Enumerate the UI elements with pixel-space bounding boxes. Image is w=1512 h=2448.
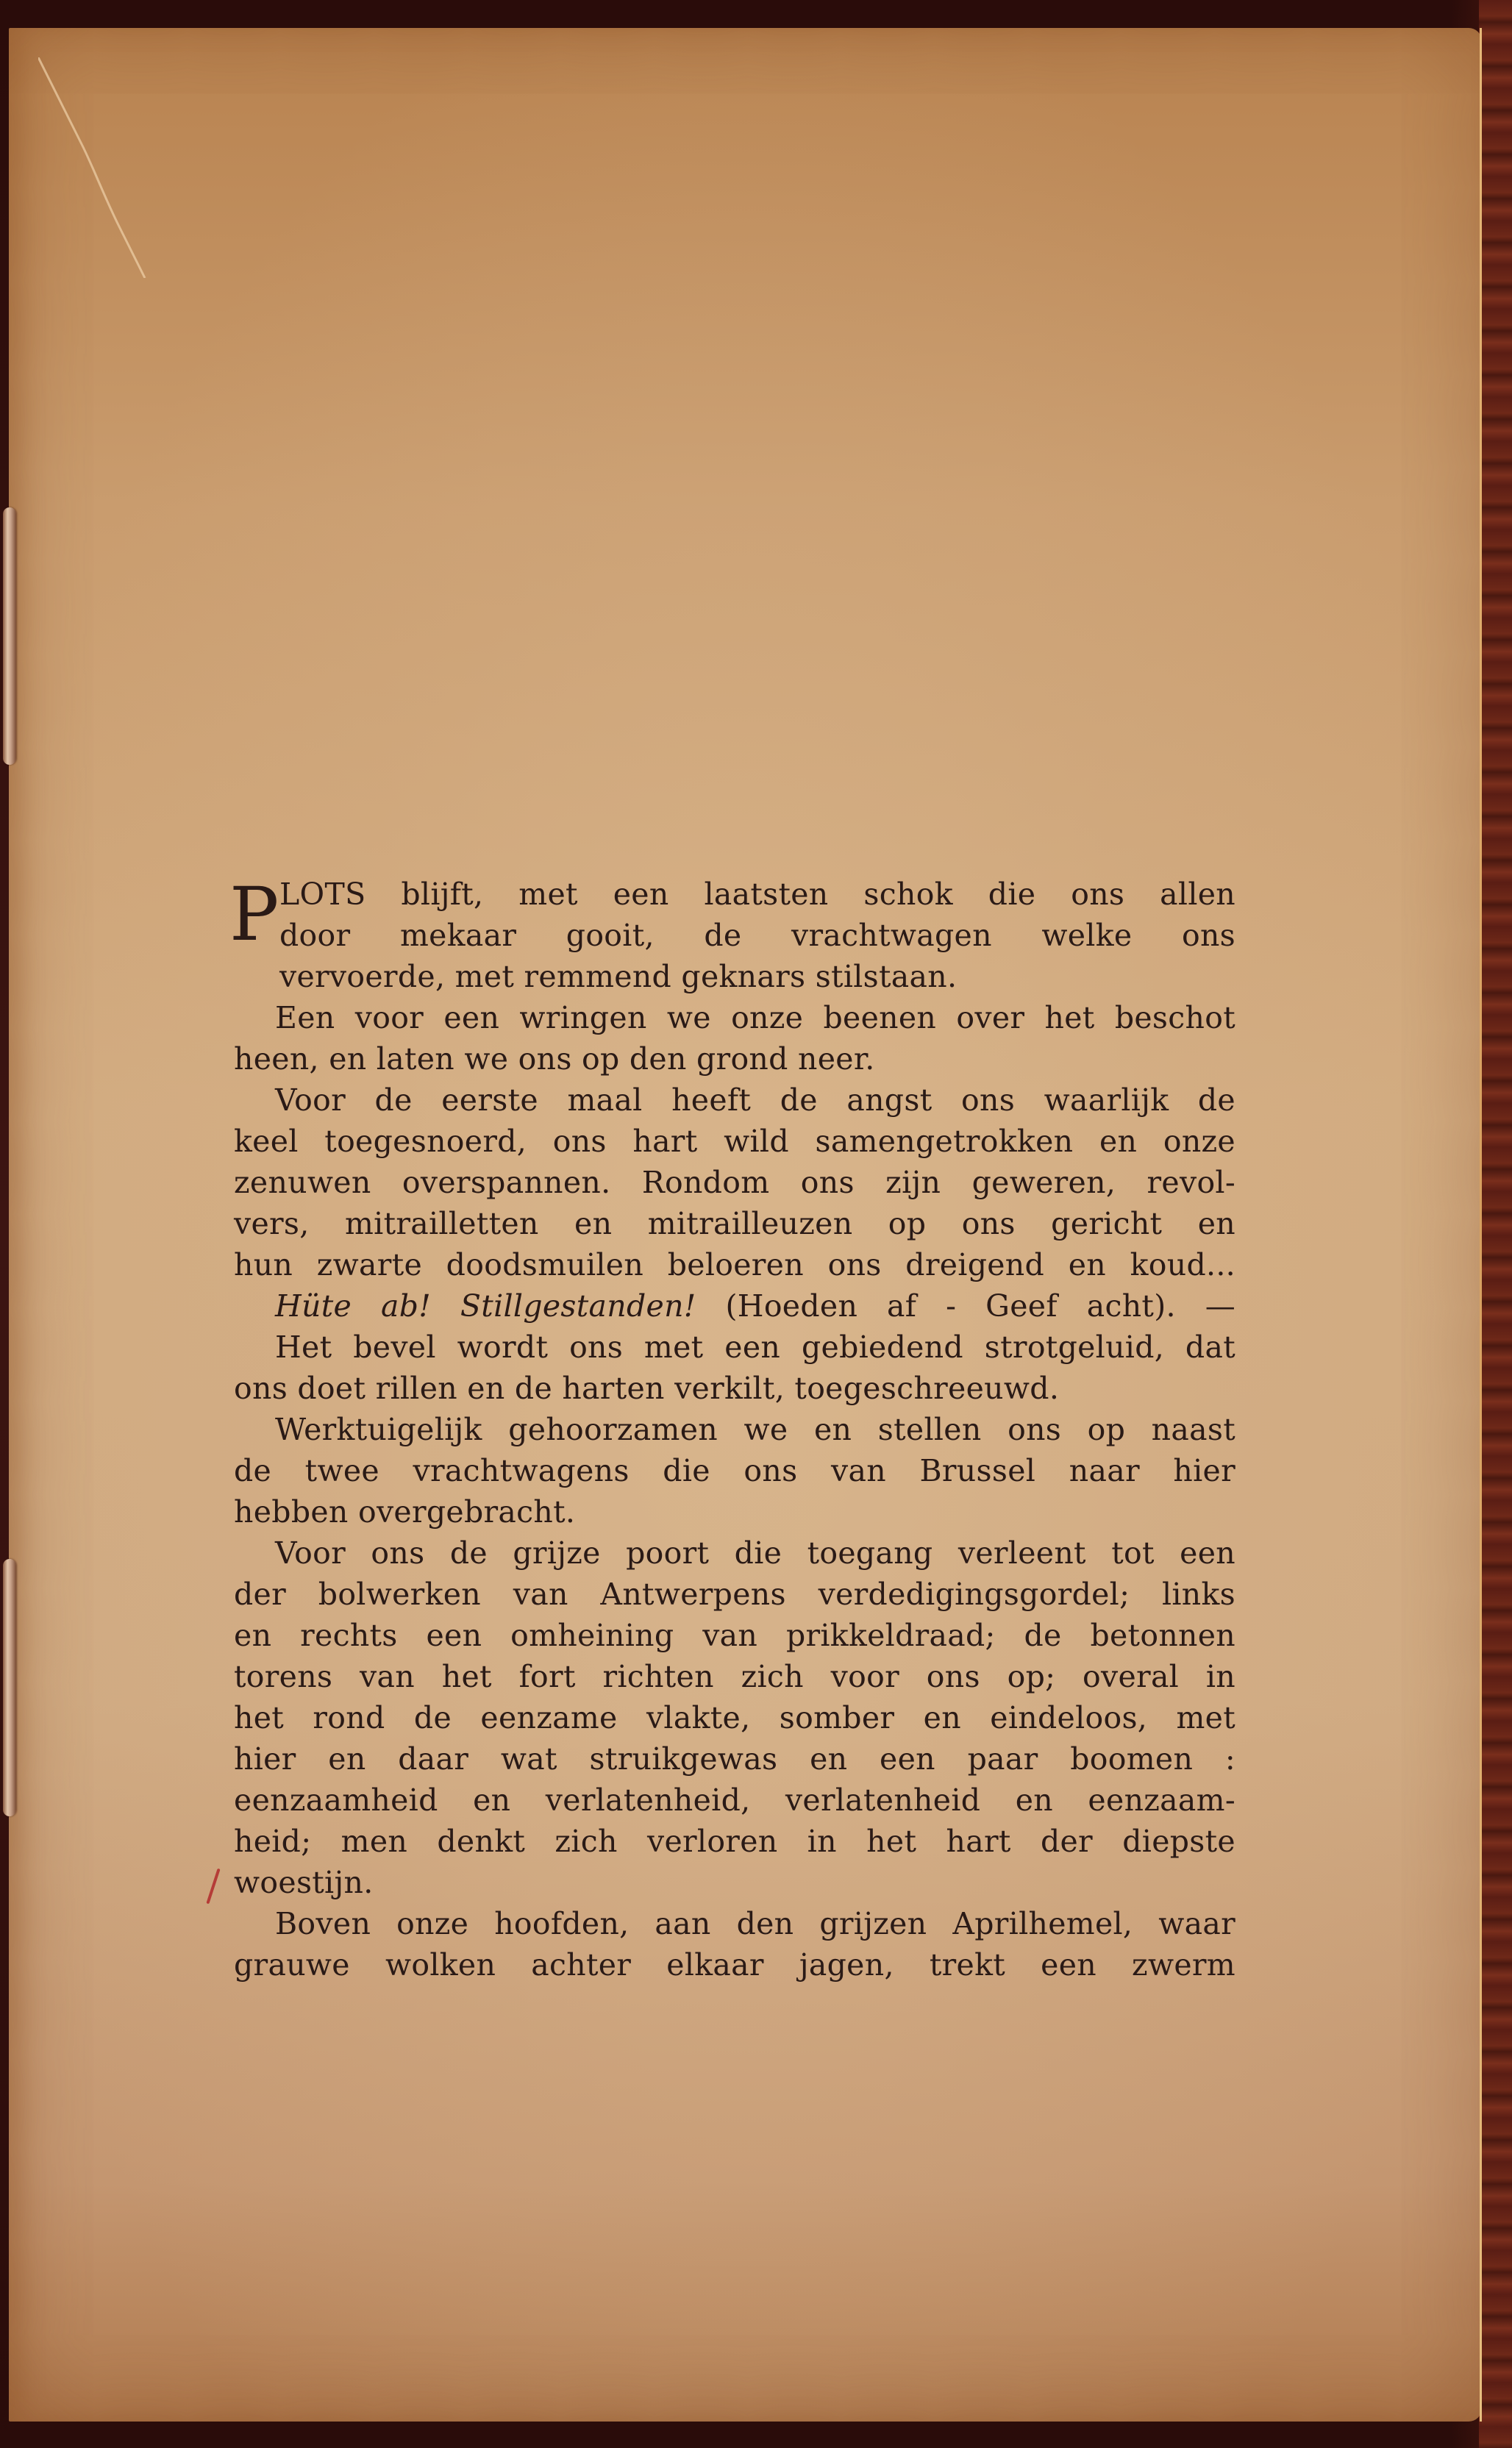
text-line: en rechts een omheining van prikkeldraad… xyxy=(234,1615,1235,1656)
text-line: hebben overgebracht. xyxy=(234,1491,1235,1532)
text-line: Boven onze hoofden, aan den grijzen Apri… xyxy=(234,1903,1235,1944)
text-line: Het bevel wordt ons met een gebiedend st… xyxy=(234,1327,1235,1368)
text-line: het rond de eenzame vlakte, somber en ei… xyxy=(234,1697,1235,1738)
text-line: vers, mitrailletten en mitrailleuzen op … xyxy=(234,1203,1235,1244)
german-command: Hüte ab! Stillgestanden! xyxy=(275,1288,696,1324)
text-line: LOTS blijft, met een laatsten schok die … xyxy=(234,874,1235,915)
text-line: vervoerde, met remmend geknars stilstaan… xyxy=(234,956,1235,997)
text-line: eenzaamheid en verlatenheid, verlatenhei… xyxy=(234,1780,1235,1821)
text-line: Een voor een wringen we onze beenen over… xyxy=(234,997,1235,1038)
staple-bottom xyxy=(3,1559,16,1816)
text-line: door mekaar gooit, de vrachtwagen welke … xyxy=(234,915,1235,956)
text-line: heen, en laten we ons op den grond neer. xyxy=(234,1038,1235,1080)
text-line: der bolwerken van Antwerpens verdediging… xyxy=(234,1574,1235,1615)
text-line: keel toegesnoerd, ons hart wild samenget… xyxy=(234,1121,1235,1162)
text-line: de twee vrachtwagens die ons van Brussel… xyxy=(234,1450,1235,1491)
paper-crease xyxy=(38,57,156,278)
text-line: Werktuigelijk gehoorzamen we en stellen … xyxy=(234,1409,1235,1450)
text-line: Hüte ab! Stillgestanden! (Hoeden af - Ge… xyxy=(234,1285,1235,1327)
text-line: hier en daar wat struikgewas en een paar… xyxy=(234,1738,1235,1780)
text-line: hun zwarte doodsmuilen beloeren ons drei… xyxy=(234,1244,1235,1285)
drop-cap: P xyxy=(229,878,279,952)
text-line: Voor ons de grijze poort die toegang ver… xyxy=(234,1532,1235,1574)
text-line: torens van het fort richten zich voor on… xyxy=(234,1656,1235,1697)
wood-surface-edge xyxy=(1479,0,1512,2448)
text-line: heid; men denkt zich verloren in het har… xyxy=(234,1821,1235,1862)
text-line: woestijn. xyxy=(234,1862,1235,1903)
page-text: P LOTS blijft, met een laatsten schok di… xyxy=(234,874,1235,1985)
staple-top xyxy=(3,507,16,765)
text-line: grauwe wolken achter elkaar jagen, trekt… xyxy=(234,1944,1235,1985)
text-line: ons doet rillen en de harten verkilt, to… xyxy=(234,1368,1235,1409)
text-line: zenuwen overspannen. Rondom ons zijn gew… xyxy=(234,1162,1235,1203)
text-line: Voor de eerste maal heeft de angst ons w… xyxy=(234,1080,1235,1121)
